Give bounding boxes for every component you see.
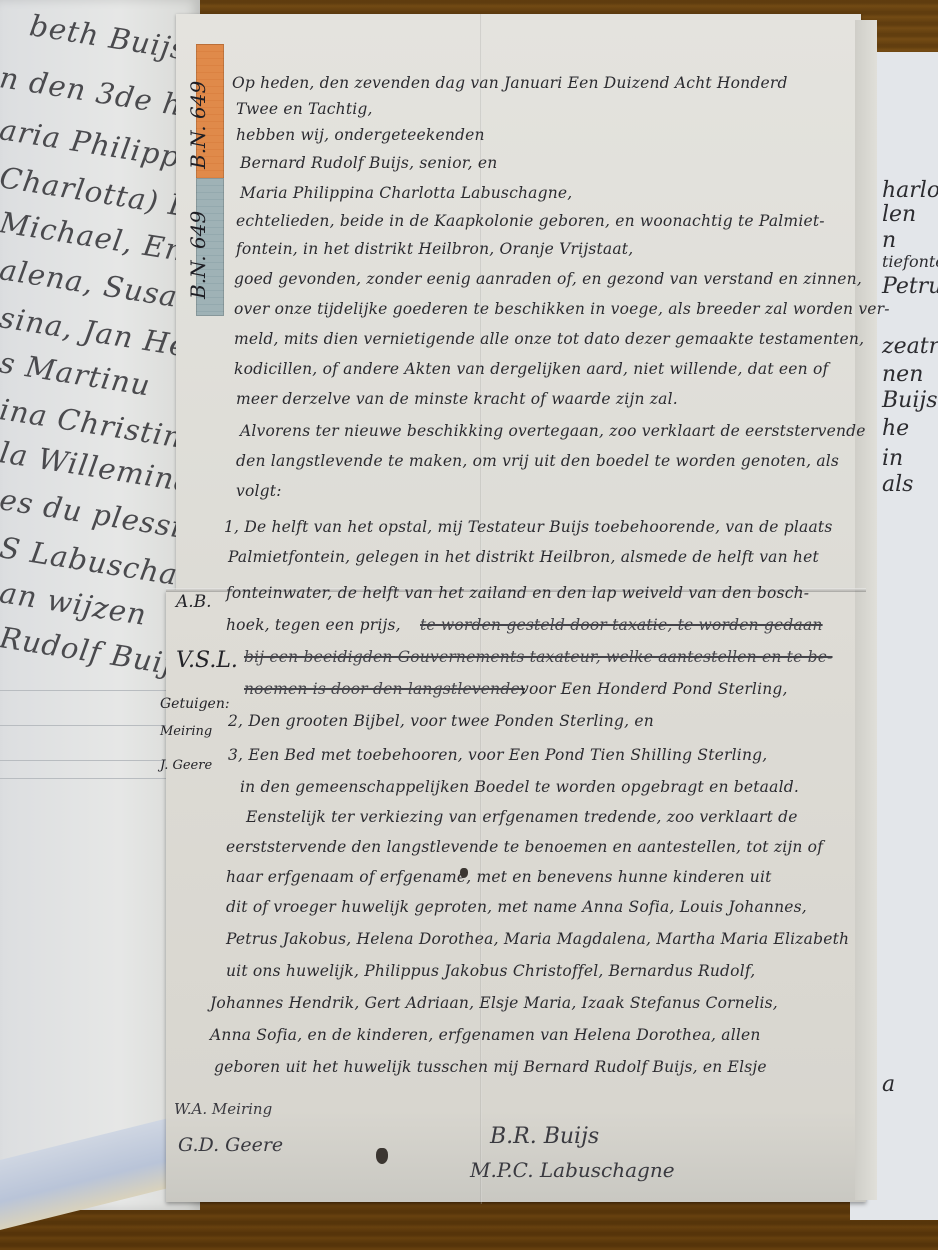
right-page-fragment: len: [882, 202, 916, 227]
text-line: Johannes Hendrik, Gert Adriaan, Elsje Ma…: [210, 994, 778, 1012]
bequest-item-3: 3, Een Bed met toebehooren, voor Een Pon…: [228, 746, 767, 764]
right-page-fragment: nen: [882, 362, 923, 387]
text-line: goed gevonden, zonder eenig aanraden of,…: [234, 270, 862, 288]
stamp-annotation: B.N. 649: [186, 211, 236, 299]
text-line: in den gemeenschappelijken Boedel te wor…: [240, 778, 799, 796]
ruled-line: [0, 690, 175, 691]
text-line: fonteinwater, de helft van het zailand e…: [226, 584, 809, 602]
left-page-fragment: Rudolf Buijs: [0, 620, 191, 683]
right-page-fragment: Buijs: [882, 388, 937, 413]
ruled-line: [0, 760, 175, 761]
right-page-fragment: n: [882, 228, 896, 253]
witness-signature: W.A. Meiring: [174, 1100, 272, 1118]
text-line: den langstlevende te maken, om vrij uit …: [236, 452, 839, 470]
struck-text: bij een beeidigden Gouvernements taxateu…: [244, 648, 833, 666]
ink-blot: [460, 868, 468, 878]
text-line: uit ons huwelijk, Philippus Jakobus Chri…: [226, 962, 755, 980]
text-line: dit of vroeger huwelijk geproten, met na…: [226, 898, 807, 916]
right-page-fragment: he: [882, 416, 909, 441]
ink-blot: [376, 1148, 388, 1164]
text-line: kodicillen, of andere Akten van dergelij…: [234, 360, 828, 378]
text-line: Alvorens ter nieuwe beschikking overtega…: [240, 422, 866, 440]
right-page-fragment: in: [882, 446, 903, 471]
bequest-item-1: 1, De helft van het opstal, mij Testateu…: [224, 518, 832, 536]
margin-initials: V.S.L.: [176, 648, 238, 673]
text-line: Twee en Tachtig,: [236, 100, 373, 118]
right-page-fragment: tiefontein: [882, 252, 938, 271]
text-line: Anna Sofia, en de kinderen, erfgenamen v…: [210, 1026, 761, 1044]
right-page-fragment: als: [882, 472, 913, 497]
right-page-fragment: zeatrice: [882, 334, 938, 359]
text-line: over onze tijdelijke goederen te beschik…: [234, 300, 890, 318]
text-line: Petrus Jakobus, Helena Dorothea, Maria M…: [226, 930, 849, 948]
text-line: echtelieden, beide in de Kaapkolonie geb…: [236, 212, 825, 230]
margin-initials: A.B.: [176, 592, 212, 612]
text-line: meer derzelve van de minste kracht of wa…: [236, 390, 678, 408]
struck-text: noemen is door den langstlevende,: [244, 680, 525, 698]
right-page-fragment: harlotta: [882, 178, 938, 203]
margin-witness: Meiring: [160, 724, 212, 739]
text-line: Maria Philippina Charlotta Labuschagne,: [240, 184, 572, 202]
ruled-line: [0, 725, 175, 726]
testator-signature: B.R. Buijs: [490, 1124, 599, 1149]
margin-witness: J. Geere: [160, 758, 212, 773]
stamp-annotation: B.N. 649: [186, 81, 236, 169]
text-line: Op heden, den zevenden dag van Januari E…: [232, 74, 788, 92]
text-line: meld, mits dien vernietigende alle onze …: [234, 330, 864, 348]
text-line: Bernard Rudolf Buijs, senior, en: [240, 154, 497, 172]
text-line: volgt:: [236, 482, 282, 500]
bequest-item-2: 2, Den grooten Bijbel, voor twee Ponden …: [228, 712, 654, 730]
paper-edge-flap: [855, 20, 877, 1200]
struck-text: te worden gesteld door taxatie, te worde…: [420, 616, 823, 634]
text-line: haar erfgenaam of erfgename, met en bene…: [226, 868, 772, 886]
text-line: eerststervende den langstlevende te beno…: [226, 838, 823, 856]
text-line: fontein, in het distrikt Heilbron, Oranj…: [236, 240, 633, 258]
right-page-fragment: Petrus: [882, 274, 938, 299]
text-line: voor Een Honderd Pond Sterling,: [520, 680, 788, 698]
witnesses-label: Getuigen:: [160, 696, 230, 712]
stamp-cancellation: B.N. 649 B.N. 649: [186, 60, 236, 320]
testatrix-signature: M.P.C. Labuschagne: [470, 1158, 675, 1182]
text-line: hoek, tegen een prijs,: [226, 616, 401, 634]
right-page-fragment: a: [882, 1072, 895, 1097]
ruled-line: [0, 778, 175, 779]
text-line: geboren uit het huwelijk tusschen mij Be…: [214, 1058, 767, 1076]
text-line: Eenstelijk ter verkiezing van erfgenamen…: [246, 808, 798, 826]
text-line: hebben wij, ondergeteekenden: [236, 126, 485, 144]
witness-signature: G.D. Geere: [178, 1134, 283, 1156]
text-line: Palmietfontein, gelegen in het distrikt …: [228, 548, 819, 566]
